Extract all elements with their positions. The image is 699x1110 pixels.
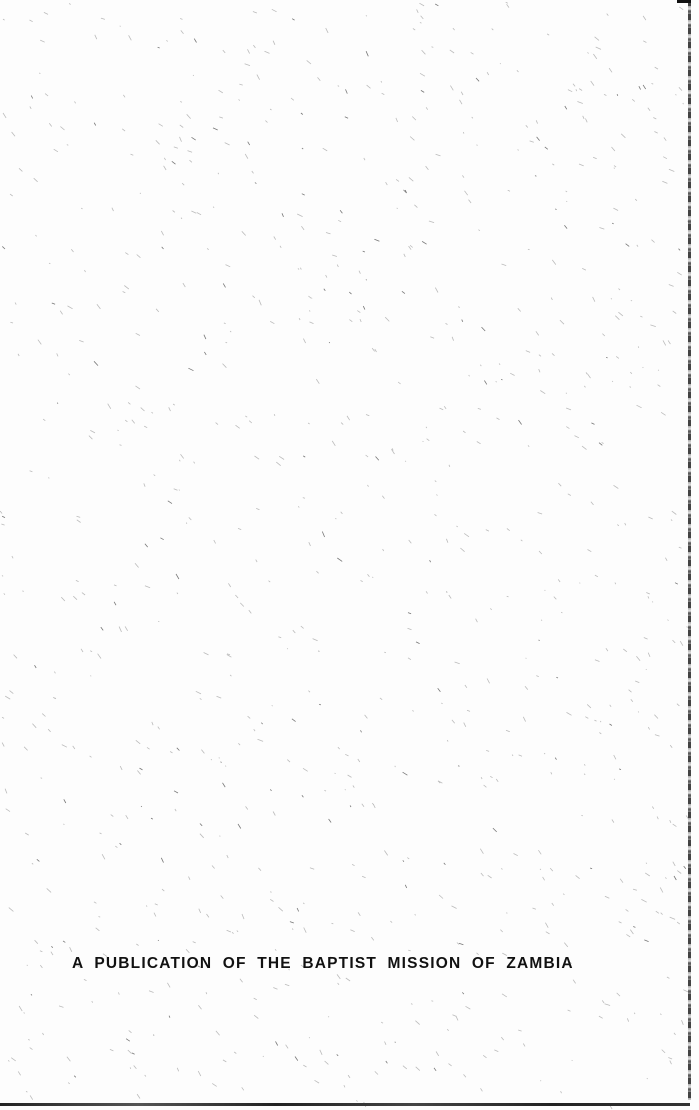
page-corner-mark — [677, 0, 691, 3]
document-page: A PUBLICATION OF THE BAPTIST MISSION OF … — [0, 0, 699, 1110]
publication-credit: A PUBLICATION OF THE BAPTIST MISSION OF … — [72, 955, 574, 973]
page-right-edge — [688, 0, 691, 1100]
paper-texture — [0, 0, 699, 1110]
page-bottom-edge — [0, 1103, 690, 1106]
